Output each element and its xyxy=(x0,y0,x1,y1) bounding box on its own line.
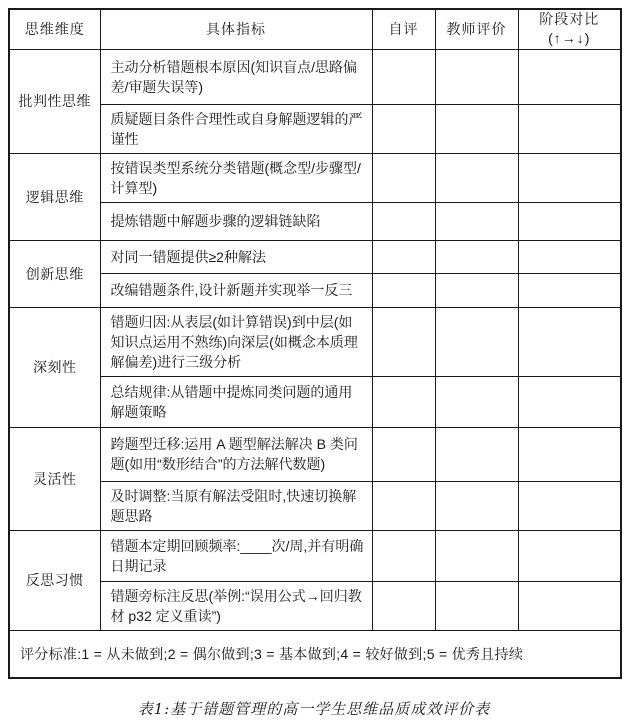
table-row: 提炼错题中解题步骤的逻辑链缺陷 xyxy=(9,202,621,240)
evaluation-table: 思维维度 具体指标 自评 教师评价 阶段对比 (↑→↓) 批判性思维 主动分析错… xyxy=(8,8,622,679)
self-eval-cell xyxy=(372,273,435,307)
teacher-eval-cell xyxy=(435,376,518,427)
indicator-cell: 改编错题条件,设计新题并实现举一反三 xyxy=(100,273,372,307)
col-header-teacher-eval: 教师评价 xyxy=(435,9,518,49)
table-row: 创新思维 对同一错题提供≥2种解法 xyxy=(9,240,621,273)
teacher-eval-cell xyxy=(435,427,518,481)
indicator-cell: 质疑题目条件合理性或自身解题逻辑的严谨性 xyxy=(100,104,372,153)
table-row: 错题旁标注反思(举例:“误用公式→回归教材 p32 定义重读”) xyxy=(9,581,621,630)
table-row: 总结规律:从错题中提炼同类问题的通用解题策略 xyxy=(9,376,621,427)
indicator-cell: 错题旁标注反思(举例:“误用公式→回归教材 p32 定义重读”) xyxy=(100,581,372,630)
stage-compare-cell xyxy=(518,581,621,630)
indicator-cell: 及时调整:当原有解法受阻时,快速切换解题思路 xyxy=(100,481,372,530)
teacher-eval-cell xyxy=(435,530,518,581)
indicator-cell: 提炼错题中解题步骤的逻辑链缺陷 xyxy=(100,202,372,240)
self-eval-cell xyxy=(372,104,435,153)
self-eval-cell xyxy=(372,153,435,202)
self-eval-cell xyxy=(372,49,435,104)
teacher-eval-cell xyxy=(435,202,518,240)
stage-compare-cell xyxy=(518,202,621,240)
table-caption: 表1:基于错题管理的高一学生思维品质成效评价表 xyxy=(8,698,620,719)
teacher-eval-cell xyxy=(435,581,518,630)
stage-compare-cell xyxy=(518,307,621,376)
dimension-cell-logical-thinking: 逻辑思维 xyxy=(9,153,100,240)
self-eval-cell xyxy=(372,581,435,630)
table-row: 深刻性 错题归因:从表层(如计算错误)到中层(如知识点运用不熟练)向深层(如概念… xyxy=(9,307,621,376)
dimension-cell-reflection-habit: 反思习惯 xyxy=(9,530,100,630)
dimension-cell-critical-thinking: 批判性思维 xyxy=(9,49,100,153)
table-row: 灵活性 跨题型迁移:运用 A 题型解法解决 B 类问题(如用“数形结合”的方法解… xyxy=(9,427,621,481)
col-header-dimension: 思维维度 xyxy=(9,9,100,49)
table-row: 质疑题目条件合理性或自身解题逻辑的严谨性 xyxy=(9,104,621,153)
indicator-cell: 跨题型迁移:运用 A 题型解法解决 B 类问题(如用“数形结合”的方法解代数题) xyxy=(100,427,372,481)
teacher-eval-cell xyxy=(435,49,518,104)
dimension-cell-depth: 深刻性 xyxy=(9,307,100,427)
table-row: 改编错题条件,设计新题并实现举一反三 xyxy=(9,273,621,307)
table-row: 反思习惯 错题本定期回顾频率:____次/周,并有明确日期记录 xyxy=(9,530,621,581)
stage-compare-cell xyxy=(518,376,621,427)
scoring-standard: 评分标准:1 = 从未做到;2 = 偶尔做到;3 = 基本做到;4 = 较好做到… xyxy=(9,630,621,678)
stage-compare-cell xyxy=(518,273,621,307)
indicator-cell: 按错误类型系统分类错题(概念型/步骤型/计算型) xyxy=(100,153,372,202)
teacher-eval-cell xyxy=(435,153,518,202)
self-eval-cell xyxy=(372,240,435,273)
indicator-cell: 错题归因:从表层(如计算错误)到中层(如知识点运用不熟练)向深层(如概念本质理解… xyxy=(100,307,372,376)
header-row: 思维维度 具体指标 自评 教师评价 阶段对比 (↑→↓) xyxy=(9,9,621,49)
scoring-row: 评分标准:1 = 从未做到;2 = 偶尔做到;3 = 基本做到;4 = 较好做到… xyxy=(9,630,621,678)
stage-compare-cell xyxy=(518,530,621,581)
stage-compare-cell xyxy=(518,104,621,153)
self-eval-cell xyxy=(372,376,435,427)
dimension-cell-flexibility: 灵活性 xyxy=(9,427,100,530)
stage-compare-label: 阶段对比 xyxy=(519,10,621,29)
dimension-cell-innovative-thinking: 创新思维 xyxy=(9,240,100,307)
stage-compare-cell xyxy=(518,153,621,202)
indicator-cell: 对同一错题提供≥2种解法 xyxy=(100,240,372,273)
stage-compare-cell xyxy=(518,240,621,273)
table-row: 及时调整:当原有解法受阻时,快速切换解题思路 xyxy=(9,481,621,530)
col-header-indicator: 具体指标 xyxy=(100,9,372,49)
indicator-cell: 总结规律:从错题中提炼同类问题的通用解题策略 xyxy=(100,376,372,427)
teacher-eval-cell xyxy=(435,481,518,530)
page: 思维维度 具体指标 自评 教师评价 阶段对比 (↑→↓) 批判性思维 主动分析错… xyxy=(0,0,628,727)
teacher-eval-cell xyxy=(435,307,518,376)
col-header-stage-compare: 阶段对比 (↑→↓) xyxy=(518,9,621,49)
stage-compare-cell xyxy=(518,427,621,481)
table-row: 逻辑思维 按错误类型系统分类错题(概念型/步骤型/计算型) xyxy=(9,153,621,202)
stage-compare-arrows: (↑→↓) xyxy=(519,29,621,48)
indicator-cell: 错题本定期回顾频率:____次/周,并有明确日期记录 xyxy=(100,530,372,581)
teacher-eval-cell xyxy=(435,240,518,273)
self-eval-cell xyxy=(372,307,435,376)
self-eval-cell xyxy=(372,481,435,530)
indicator-cell: 主动分析错题根本原因(知识盲点/思路偏差/审题失误等) xyxy=(100,49,372,104)
table-row: 批判性思维 主动分析错题根本原因(知识盲点/思路偏差/审题失误等) xyxy=(9,49,621,104)
self-eval-cell xyxy=(372,530,435,581)
teacher-eval-cell xyxy=(435,273,518,307)
col-header-self-eval: 自评 xyxy=(372,9,435,49)
stage-compare-cell xyxy=(518,481,621,530)
stage-compare-cell xyxy=(518,49,621,104)
self-eval-cell xyxy=(372,202,435,240)
self-eval-cell xyxy=(372,427,435,481)
teacher-eval-cell xyxy=(435,104,518,153)
